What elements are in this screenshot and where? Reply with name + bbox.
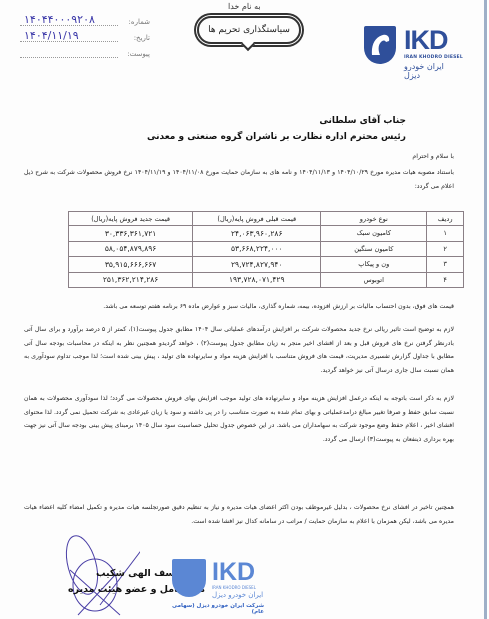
company-stamp: IKD IRAN KHODRO DIESEL ایران خودرو دیزل … — [170, 557, 265, 615]
greeting: با سلام و احترام — [412, 150, 454, 164]
basmala: به نام خدا — [228, 2, 261, 11]
meta-number-value: ۱۴۰۴۴۰۰۰۹۲۰۸ — [20, 14, 118, 26]
header-previous-price: قیمت قبلی فروش پایه(ریال) — [193, 212, 321, 226]
cell-row-number: ۱ — [427, 226, 464, 242]
table-row: ۲ کامیون سنگین ۵۳,۶۶۸,۲۲۴,۰۰۰ ۵۸,۰۵۴,۸۷۹… — [69, 241, 464, 257]
cell-row-number: ۴ — [427, 272, 464, 288]
logo-english: IRAN KHODRO DIESEL — [404, 55, 463, 60]
cell-vehicle-type: کامیون سبک — [321, 226, 427, 242]
addressee-title: رئیس محترم اداره نظارت بر ناشران گروه صن… — [147, 132, 406, 142]
cell-new-price: ۲۵۱,۳۶۲,۲۱۴,۲۸۶ — [69, 272, 193, 288]
logo-persian: ایران خودرو دیزل — [404, 62, 462, 80]
addressee-name: جناب آقای سلطانی — [319, 116, 406, 126]
cell-previous-price: ۲۹,۷۲۴,۸۲۷,۹۴۰ — [193, 257, 321, 273]
table-header-row: ردیف نوع خودرو قیمت قبلی فروش پایه(ریال)… — [69, 212, 464, 226]
cell-new-price: ۳۵,۹۱۵,۶۶۶,۶۶۷ — [69, 257, 193, 273]
table-row: ۴ اتوبوس ۱۹۳,۷۲۸,۰۷۱,۴۲۹ ۲۵۱,۳۶۲,۲۱۴,۲۸۶ — [69, 272, 464, 288]
seal-text: سیاستگذاری تحریم ها — [208, 25, 290, 35]
table-row: ۳ ون و پیکاپ ۲۹,۷۲۴,۸۲۷,۹۴۰ ۳۵,۹۱۵,۶۶۶,۶… — [69, 257, 464, 273]
meta-attachment-label: پیوست: — [118, 50, 150, 58]
stamp-horse-shield-icon — [172, 559, 206, 597]
letter-page: شماره: ۱۴۰۴۴۰۰۰۹۲۰۸ تاریخ: ۱۴۰۴/۱۱/۱۹ پی… — [0, 0, 487, 619]
cell-previous-price: ۲۴,۰۶۳,۹۶۰,۲۸۶ — [193, 226, 321, 242]
cell-vehicle-type: اتوبوس — [321, 272, 427, 288]
company-logo: IKD IRAN KHODRO DIESEL ایران خودرو دیزل — [362, 24, 472, 74]
stamp-english: IRAN KHODRO DIESEL — [212, 585, 256, 590]
meta-attachment-value — [20, 57, 118, 58]
price-table: ردیف نوع خودرو قیمت قبلی فروش پایه(ریال)… — [68, 211, 464, 288]
cell-row-number: ۲ — [427, 241, 464, 257]
meta-attachment: پیوست: — [20, 42, 150, 58]
header-vehicle-type: نوع خودرو — [321, 212, 427, 226]
header-new-price: قیمت جدید فروش پایه(ریال) — [69, 212, 193, 226]
meta-number: شماره: ۱۴۰۴۴۰۰۰۹۲۰۸ — [20, 10, 150, 26]
prices-note-paragraph: قیمت های فوق، بدون احتساب مالیات بر ارزش… — [24, 300, 454, 314]
letter-meta: شماره: ۱۴۰۴۴۰۰۰۹۲۰۸ تاریخ: ۱۴۰۴/۱۱/۱۹ پی… — [20, 10, 150, 58]
cell-previous-price: ۵۳,۶۶۸,۲۲۴,۰۰۰ — [193, 241, 321, 257]
table-row: ۱ کامیون سبک ۲۴,۰۶۳,۹۶۰,۲۸۶ ۳۰,۳۳۶,۳۶۱,۷… — [69, 226, 464, 242]
header-row-number: ردیف — [427, 212, 464, 226]
cell-row-number: ۳ — [427, 257, 464, 273]
horse-shield-icon — [364, 26, 396, 64]
meta-date: تاریخ: ۱۴۰۴/۱۱/۱۹ — [20, 26, 150, 42]
calligraphy-seal: سیاستگذاری تحریم ها — [197, 16, 301, 44]
cell-previous-price: ۱۹۳,۷۲۸,۰۷۱,۴۲۹ — [193, 272, 321, 288]
cell-vehicle-type: کامیون سنگین — [321, 241, 427, 257]
logo-mark: IKD — [404, 26, 448, 54]
stamp-company-name: شرکت ایران خودرو دیزل (سهامی عام) — [172, 603, 264, 615]
meta-date-value: ۱۴۰۴/۱۱/۱۹ — [20, 30, 118, 42]
impact-paragraph: لازم به توضیح است تاثیر ریالی نرخ جدید م… — [24, 323, 454, 377]
meta-date-label: تاریخ: — [118, 34, 150, 42]
cell-new-price: ۳۰,۳۳۶,۳۶۱,۷۲۱ — [69, 226, 193, 242]
delay-paragraph: همچنین تاخیر در افشای نرخ محصولات ، بدلی… — [24, 501, 454, 528]
cell-vehicle-type: ون و پیکاپ — [321, 257, 427, 273]
cell-new-price: ۵۸,۰۵۴,۸۷۹,۸۹۶ — [69, 241, 193, 257]
stamp-mark: IKD — [212, 559, 255, 585]
intro-paragraph: باستناد مصوبه هیات مدیره مورخ ۱۴۰۴/۱۰/۲۹… — [24, 166, 454, 193]
stamp-persian: ایران خودرو دیزل — [212, 591, 263, 599]
costs-paragraph: لازم به ذکر است باتوجه به اینکه درعمل اف… — [24, 392, 454, 446]
meta-number-label: شماره: — [118, 18, 150, 26]
